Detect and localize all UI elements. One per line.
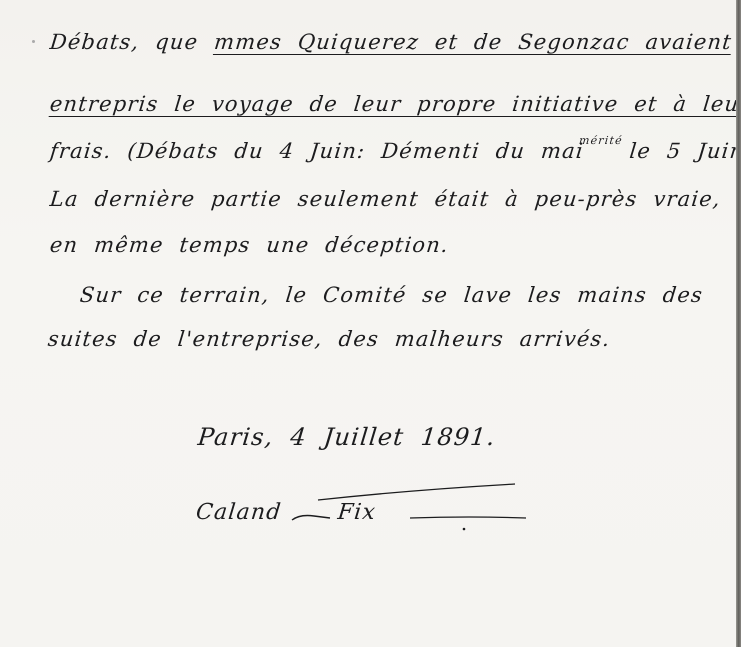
text-segment: en même temps une déception. (49, 233, 450, 257)
underlined-segment: mmes Quiquerez et de Segonzac avaient (213, 30, 733, 54)
dateline-text: Paris, 4 Juillet 1891. (197, 423, 498, 451)
signature-name-left: Caland (195, 500, 283, 525)
interlinear-insertion: mérité (578, 134, 623, 147)
text-segment: le 5 Juin) (612, 139, 741, 163)
text-line-2: entrepris le voyage de leur propre initi… (49, 92, 741, 116)
text-segment: Débats, que (49, 30, 216, 54)
text-line-7: suites de l'entreprise, des malheurs arr… (47, 327, 612, 351)
text-segment: frais. (Débats du 4 Juin: Démenti du mai (49, 139, 585, 163)
underlined-segment: entrepris le voyage de leur propre initi… (49, 92, 741, 116)
document-page: Débats, que mmes Quiquerez et de Segonza… (0, 0, 736, 647)
signature-flourish (290, 478, 530, 538)
text-segment: La dernière partie seulement était à peu… (49, 187, 741, 211)
text-line-5: en même temps une déception. (49, 233, 450, 257)
text-line-6: Sur ce terrain, le Comité se lave les ma… (79, 283, 705, 307)
dateline: Paris, 4 Juillet 1891. (197, 423, 498, 451)
text-line-3: frais. (Débats du 4 Juin: Démenti du mai… (49, 139, 741, 163)
text-line-1: Débats, que mmes Quiquerez et de Segonza… (49, 30, 734, 54)
page-edge (736, 0, 741, 647)
text-segment: Sur ce terrain, le Comité se lave les ma… (79, 283, 705, 307)
text-segment: suites de l'entreprise, des malheurs arr… (47, 327, 612, 351)
text-line-4: La dernière partie seulement était à peu… (49, 187, 741, 211)
margin-mark (32, 40, 35, 43)
